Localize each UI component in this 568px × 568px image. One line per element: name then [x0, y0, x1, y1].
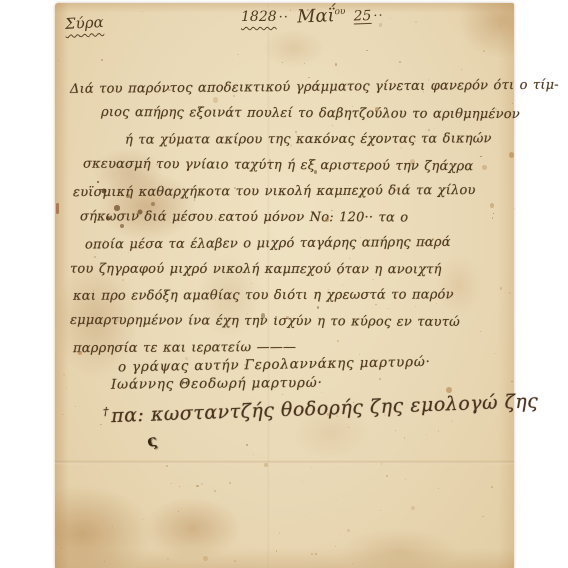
foxing-speck — [304, 63, 305, 64]
foxing-speck — [104, 561, 105, 562]
handwritten-line: οποία μέσα τα έλαβεν ο μιχρό ταγάρης απή… — [85, 230, 508, 259]
foxing-speck — [101, 59, 103, 61]
foxing-speck — [58, 60, 59, 61]
foxing-speck — [97, 33, 99, 35]
handwritten-line: και προ ενδόξη αμαθίας του διότι η χρεωσ… — [73, 282, 508, 310]
ink-blot: ς — [145, 430, 158, 451]
margin-ink-mark — [56, 203, 59, 214]
foxing-speck — [179, 486, 180, 487]
foxing-speck — [171, 483, 173, 484]
foxing-speck — [276, 550, 278, 551]
foxing-speck — [399, 61, 401, 64]
handwritten-line: του ζηγραφού μιχρό νικολή καμπεχού όταν … — [70, 257, 508, 284]
foxing-speck — [167, 558, 169, 561]
foxing-speck — [100, 424, 101, 425]
foxing-speck — [491, 486, 493, 488]
foxing-speck — [203, 556, 208, 561]
foxing-speck — [426, 434, 427, 435]
foxing-speck — [279, 532, 280, 533]
dateline-month: Μαΐ — [297, 5, 335, 27]
foxing-speck — [214, 490, 216, 492]
fold-crease-horizontal — [55, 461, 514, 464]
signature-text: πα: κωσταντζής θοδορής ζης εμολογώ ζης — [111, 390, 539, 427]
foxing-speck — [311, 553, 313, 555]
foxing-speck — [253, 454, 254, 455]
dateline-year-suffix: ·· — [279, 10, 289, 25]
dateline-day-suffix: ·· — [373, 8, 384, 23]
foxing-speck — [352, 563, 353, 564]
handwritten-line: σκευασμή του γνίαιο ταχύτη ή εξ αριστερο… — [83, 152, 508, 181]
foxing-speck — [380, 510, 381, 511]
foxing-speck — [302, 481, 303, 483]
dateline-place: Σύρα — [65, 13, 105, 33]
signature-cross-mark: † — [103, 405, 109, 418]
foxing-speck — [246, 444, 248, 445]
foxing-speck — [201, 483, 203, 485]
foxing-speck — [61, 547, 62, 548]
dateline-date: Μαΐου25·· — [297, 3, 384, 27]
foxing-speck — [483, 50, 485, 52]
foxing-speck — [282, 62, 283, 63]
foxing-speck — [411, 506, 416, 510]
foxing-speck — [511, 381, 513, 383]
letter-body: Διά του παρόντος αποδεικτικού γράμματος … — [63, 75, 508, 420]
photo-canvas: Σύρα 1828·· Μαΐου25·· Διά του παρόντος α… — [0, 0, 568, 568]
handwritten-line: ευϊσμική καθαρχήκοτα του νικολή καμπεχού… — [73, 178, 508, 206]
foxing-speck — [415, 21, 417, 23]
handwritten-line: σήκωσιν διά μέσου εατού μόνον Νο: 120·· … — [80, 204, 508, 231]
signature-line: †πα: κωσταντζής θοδορής ζης εμολογώ ζης — [103, 391, 509, 427]
foxing-speck — [336, 500, 337, 501]
foxing-speck — [234, 560, 236, 562]
foxing-speck — [311, 467, 312, 468]
dateline-month-abbrev: ου — [334, 7, 345, 17]
foxing-speck — [339, 535, 340, 536]
foxing-speck — [112, 526, 114, 528]
foxing-speck — [237, 54, 239, 55]
foxing-speck — [166, 465, 168, 467]
foxing-speck — [142, 519, 143, 520]
foxing-speck — [290, 9, 292, 11]
foxing-speck — [509, 292, 511, 294]
handwritten-line: εμμαρτυρημένον ίνα έχη την ισχύν η το κύ… — [70, 308, 508, 336]
foxing-speck — [229, 482, 231, 484]
foxing-speck — [482, 516, 484, 518]
foxing-speck — [335, 63, 337, 65]
foxing-speck — [178, 511, 179, 513]
dateline-day: 25 — [353, 8, 371, 25]
foxing-speck — [347, 529, 350, 533]
foxing-speck — [348, 427, 349, 428]
foxing-speck — [500, 25, 501, 26]
witness-attestation-second: Ιωάννης Θεοδωρή μαρτυρώ· — [111, 372, 508, 394]
foxing-speck — [232, 59, 233, 60]
foxing-speck — [305, 515, 306, 517]
foxing-speck — [366, 50, 368, 52]
foxing-speck — [390, 18, 391, 19]
handwritten-line: ή τα χύματα ακίρου της κακόνας έχοντας τ… — [125, 126, 508, 153]
foxing-speck — [461, 69, 462, 70]
handwritten-line: ριος απήρης εξοινάτ πουλεί το δαβητζούλο… — [101, 100, 508, 128]
foxing-speck — [386, 475, 388, 477]
foxing-speck — [512, 103, 513, 104]
foxing-speck — [315, 553, 317, 556]
foxing-speck — [404, 437, 405, 438]
foxing-speck — [405, 479, 407, 481]
foxing-speck — [509, 152, 514, 158]
foxing-speck — [395, 430, 397, 432]
foxing-speck — [141, 11, 142, 12]
foxing-speck — [438, 488, 439, 489]
foxing-speck — [196, 485, 198, 487]
foxing-speck — [177, 534, 178, 536]
foxing-speck — [335, 546, 336, 547]
dateline-year-value: 1828 — [241, 9, 277, 25]
foxing-speck — [438, 430, 439, 432]
handwritten-line: Διά του παρόντος αποδεικτικού γράμματος … — [70, 73, 508, 103]
dateline-year: 1828·· — [241, 9, 289, 25]
letter-page: Σύρα 1828·· Μαΐου25·· Διά του παρόντος α… — [55, 3, 514, 568]
foxing-speck — [514, 208, 515, 209]
